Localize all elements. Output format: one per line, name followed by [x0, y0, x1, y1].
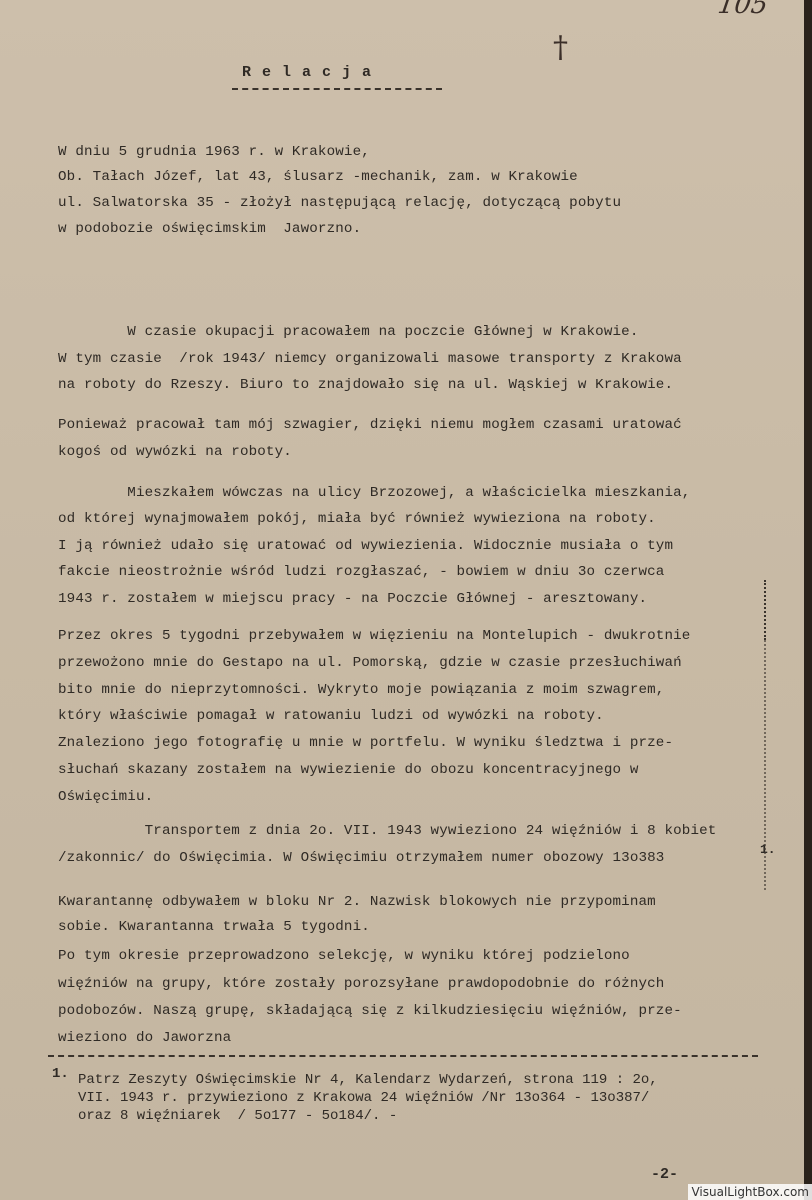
footnote-line: Patrz Zeszyty Oświęcimskie Nr 4, Kalenda… [78, 1072, 658, 1089]
body-line: wieziono do Jaworzna [58, 1029, 231, 1047]
body-line: więźniów na grupy, które zostały porozsy… [58, 975, 664, 993]
watermark: VisualLightBox.com [688, 1184, 812, 1200]
body-line: bito mnie do nieprzytomności. Wykryto mo… [58, 681, 664, 699]
handwritten-page-number: 105 [716, 0, 770, 20]
title-underline [232, 88, 442, 90]
body-line: Po tym okresie przeprowadzono selekcję, … [58, 947, 630, 965]
body-line: kogoś od wywózki na roboty. [58, 443, 292, 461]
body-line: na roboty do Rzeszy. Biuro to znajdowało… [58, 376, 673, 394]
body-line: od której wynajmowałem pokój, miała być … [58, 510, 656, 528]
document-page: 105 † Relacja W dniu 5 grudnia 1963 r. w… [0, 0, 804, 1200]
header-line: w podobozie oświęcimskim Jaworzno. [58, 220, 361, 238]
body-line: Kwarantannę odbywałem w bloku Nr 2. Nazw… [58, 893, 656, 911]
header-line: Ob. Tałach Józef, lat 43, ślusarz -mecha… [58, 168, 578, 186]
margin-marks [764, 580, 768, 640]
footnote-separator [48, 1055, 758, 1057]
page-edge [804, 0, 812, 1200]
footnote-line: oraz 8 więźniarek / 5o177 - 5o184/. - [78, 1108, 397, 1125]
margin-marks [764, 640, 768, 890]
handwritten-mark: † [553, 30, 568, 65]
body-line: podobozów. Naszą grupę, składającą się z… [58, 1002, 682, 1020]
body-line: 1943 r. zostałem w miejscu pracy - na Po… [58, 590, 647, 608]
body-line: W tym czasie /rok 1943/ niemcy organizow… [58, 350, 682, 368]
body-line: Przez okres 5 tygodni przebywałem w więz… [58, 627, 690, 645]
body-line: /zakonnic/ do Oświęcimia. W Oświęcimiu o… [58, 849, 664, 867]
page-number: -2- [651, 1166, 678, 1183]
body-line: Transportem z dnia 2o. VII. 1943 wywiezi… [58, 822, 716, 840]
header-line: ul. Salwatorska 35 - złożył następującą … [58, 194, 621, 212]
body-line: który właściwie pomagał w ratowaniu ludz… [58, 707, 604, 725]
header-line: W dniu 5 grudnia 1963 r. w Krakowie, [58, 143, 370, 161]
document-title: Relacja [242, 64, 382, 81]
body-line: sobie. Kwarantanna trwała 5 tygodni. [58, 918, 370, 936]
body-line: fakcie nieostrożnie wśród ludzi rozgłasz… [58, 563, 664, 581]
body-line: Mieszkałem wówczas na ulicy Brzozowej, a… [58, 484, 690, 502]
body-line: słuchań skazany zostałem na wywiezienie … [58, 761, 638, 779]
body-line: Oświęcimiu. [58, 788, 153, 806]
footnote-marker: 1. [52, 1066, 69, 1082]
body-line: Ponieważ pracował tam mój szwagier, dzię… [58, 416, 682, 434]
body-line: Znaleziono jego fotografię u mnie w port… [58, 734, 673, 752]
body-line: przewożono mnie do Gestapo na ul. Pomors… [58, 654, 682, 672]
footnote-line: VII. 1943 r. przywieziono z Krakowa 24 w… [78, 1090, 649, 1107]
body-line: W czasie okupacji pracowałem na poczcie … [58, 323, 638, 341]
body-line: I ją również udało się uratować od wywie… [58, 537, 673, 555]
